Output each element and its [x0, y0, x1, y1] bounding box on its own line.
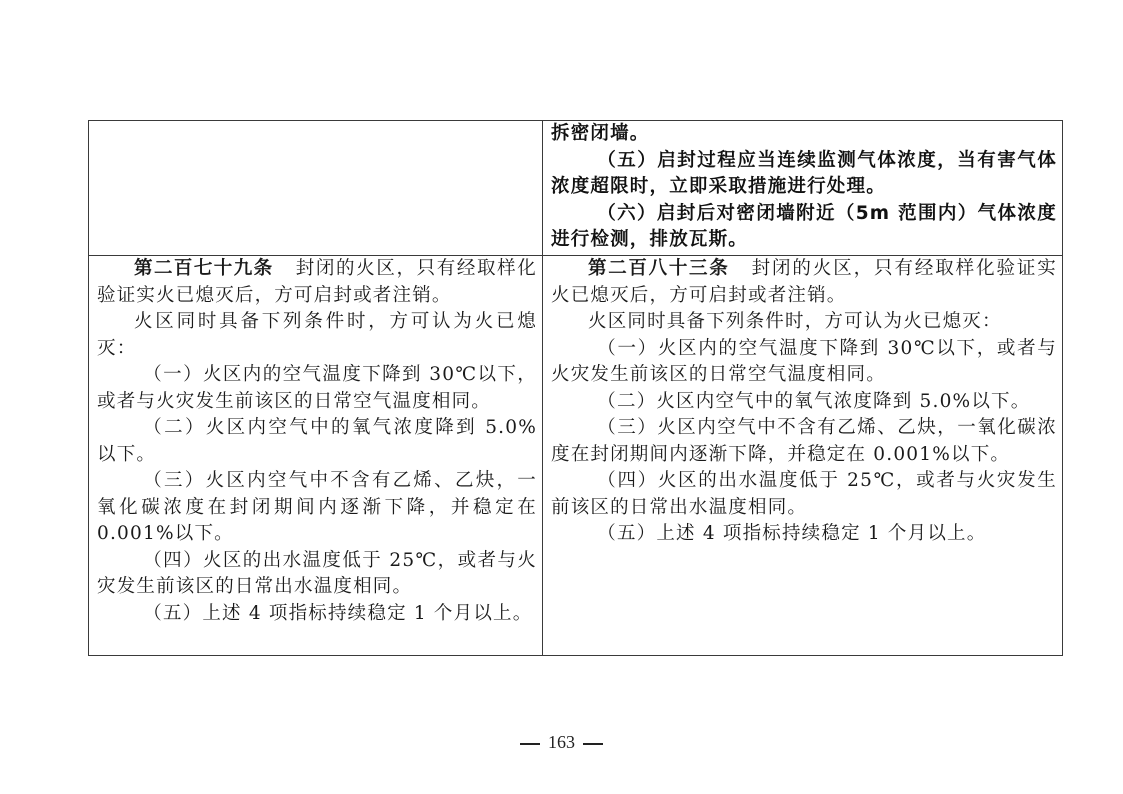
condition-item-2: （二）火区内空气中的氧气浓度降到 5.0%以下。 [551, 389, 1057, 416]
left-cell-empty [89, 121, 543, 256]
article-title: 第二百八十三条 [588, 258, 729, 279]
item-five-restart-monitoring: （五）启封过程应当连续监测气体浓度，当有害气体浓度超限时，立即采取措施进行处理。 [551, 148, 1057, 201]
page-number-footer: 163 [0, 732, 1123, 753]
article-paragraph: 第二百七十九条封闭的火区，只有经取样化验证实火已熄灭后，方可启封或者注销。 [97, 256, 537, 309]
table-row-continuation: 拆密闭墙。 （五）启封过程应当连续监测气体浓度，当有害气体浓度超限时，立即采取措… [89, 121, 1063, 256]
condition-item-1: （一）火区内的空气温度下降到 30℃以下，或者与火灾发生前该区的日常空气温度相同… [551, 336, 1057, 389]
condition-item-3: （三）火区内空气中不含有乙烯、乙炔，一氧化碳浓度在封闭期间内逐渐下降，并稳定在 … [551, 415, 1057, 468]
document-page: 拆密闭墙。 （五）启封过程应当连续监测气体浓度，当有害气体浓度超限时，立即采取措… [0, 0, 1123, 794]
condition-item-1: （一）火区内的空气温度下降到 30℃以下，或者与火灾发生前该区的日常空气温度相同… [97, 362, 537, 415]
condition-item-2: （二）火区内空气中的氧气浓度降到 5.0%以下。 [97, 415, 537, 468]
right-cell-continuation: 拆密闭墙。 （五）启封过程应当连续监测气体浓度，当有害气体浓度超限时，立即采取措… [543, 121, 1063, 256]
condition-item-4: （四）火区的出水温度低于 25℃，或者与火灾发生前该区的日常出水温度相同。 [551, 468, 1057, 521]
page-number: 163 [548, 732, 575, 752]
comparison-table: 拆密闭墙。 （五）启封过程应当连续监测气体浓度，当有害气体浓度超限时，立即采取措… [88, 120, 1063, 656]
right-cell-article-283: 第二百八十三条封闭的火区，只有经取样化验证实火已熄灭后，方可启封或者注销。 火区… [543, 256, 1063, 656]
left-cell-article-279: 第二百七十九条封闭的火区，只有经取样化验证实火已熄灭后，方可启封或者注销。 火区… [89, 256, 543, 656]
condition-item-4: （四）火区的出水温度低于 25℃，或者与火灾发生前该区的日常出水温度相同。 [97, 548, 537, 601]
article-title: 第二百七十九条 [134, 258, 274, 279]
condition-item-3: （三）火区内空气中不含有乙烯、乙炔，一氧化碳浓度在封闭期间内逐渐下降，并稳定在 … [97, 468, 537, 548]
condition-item-5: （五）上述 4 项指标持续稳定 1 个月以上。 [97, 601, 537, 628]
dash-left [520, 743, 540, 745]
condition-intro: 火区同时具备下列条件时，方可认为火已熄灭： [551, 309, 1057, 336]
table-row-articles: 第二百七十九条封闭的火区，只有经取样化验证实火已熄灭后，方可启封或者注销。 火区… [89, 256, 1063, 656]
condition-item-5: （五）上述 4 项指标持续稳定 1 个月以上。 [551, 521, 1057, 548]
article-paragraph: 第二百八十三条封闭的火区，只有经取样化验证实火已熄灭后，方可启封或者注销。 [551, 256, 1057, 309]
continuation-line: 拆密闭墙。 [551, 121, 1057, 148]
dash-right [583, 743, 603, 745]
item-six-post-restart-check: （六）启封后对密闭墙附近（5m 范围内）气体浓度进行检测，排放瓦斯。 [551, 201, 1057, 254]
condition-intro: 火区同时具备下列条件时，方可认为火已熄灭： [97, 309, 537, 362]
